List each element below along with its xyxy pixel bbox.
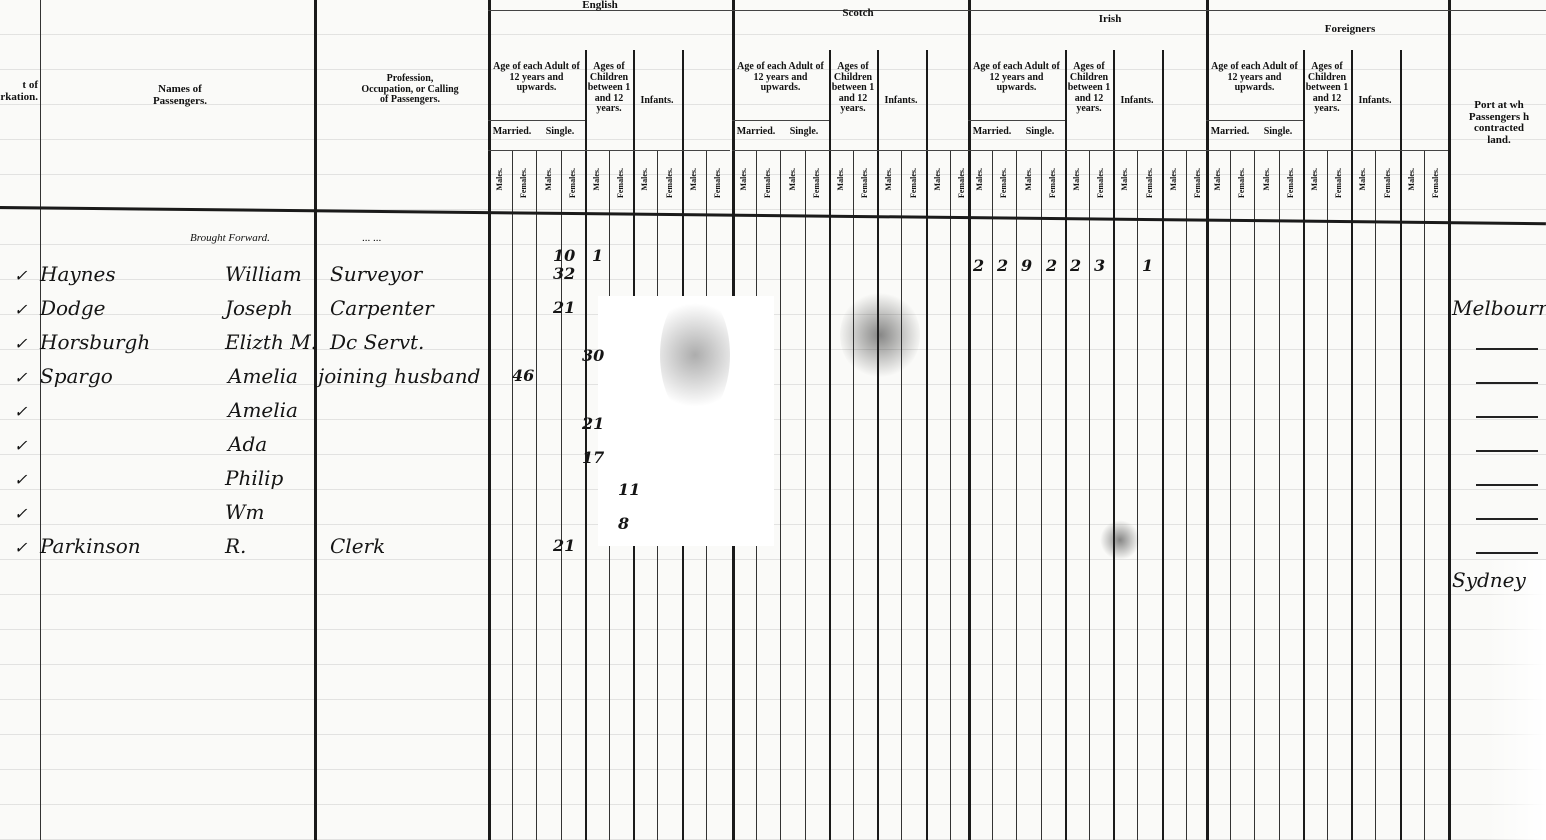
passenger-given-name: Joseph bbox=[225, 296, 293, 320]
passenger-profession: Carpenter bbox=[330, 296, 434, 320]
header-males: Males. bbox=[836, 168, 845, 190]
bf-english-single-female: 1 bbox=[592, 246, 603, 265]
header-females: Females. bbox=[1096, 168, 1105, 198]
header-rule bbox=[732, 150, 974, 151]
ink-stain bbox=[660, 290, 730, 420]
header-children-ages: Ages of Children between 1 and 12 years. bbox=[1304, 62, 1350, 115]
ink-stain bbox=[840, 290, 920, 380]
column-divider bbox=[314, 0, 317, 840]
bf-english-single-male: 10 bbox=[553, 246, 575, 265]
header-females: Females. bbox=[568, 168, 577, 198]
english-single-female-age: 30 bbox=[582, 346, 604, 365]
header-rule bbox=[968, 150, 1210, 151]
header-infants: Infants. bbox=[1114, 96, 1160, 107]
header-adult-ages: Age of each Adult of 12 years and upward… bbox=[734, 62, 827, 94]
check-mark: ✓ bbox=[14, 470, 27, 489]
ditto-mark bbox=[1476, 348, 1538, 350]
column-divider bbox=[1065, 50, 1067, 840]
header-single: Single. bbox=[537, 127, 583, 138]
column-divider bbox=[1089, 150, 1090, 840]
column-divider bbox=[950, 150, 951, 840]
header-males: Males. bbox=[544, 168, 553, 190]
header-males: Males. bbox=[689, 168, 698, 190]
column-divider bbox=[1162, 50, 1164, 840]
column-divider bbox=[1424, 150, 1425, 840]
column-divider bbox=[1327, 150, 1328, 840]
column-divider bbox=[1016, 150, 1017, 840]
header-females: Females. bbox=[665, 168, 674, 198]
english-single-female-age: 17 bbox=[582, 448, 604, 467]
header-males: Males. bbox=[1407, 168, 1416, 190]
passenger-profession: joining husband bbox=[318, 364, 480, 388]
column-divider bbox=[1375, 150, 1376, 840]
passenger-given-name: Wm bbox=[225, 500, 265, 524]
column-divider bbox=[1351, 50, 1353, 840]
english-single-male-age: 21 bbox=[553, 536, 575, 555]
header-females: Females. bbox=[999, 168, 1008, 198]
column-divider bbox=[901, 150, 902, 840]
header-females: Females. bbox=[519, 168, 528, 198]
check-mark: ✓ bbox=[14, 368, 27, 387]
header-married: Married. bbox=[733, 127, 779, 138]
passenger-given-name: Ada bbox=[228, 432, 267, 456]
header-infants: Infants. bbox=[878, 96, 924, 107]
header-females: Females. bbox=[763, 168, 772, 198]
check-mark: ✓ bbox=[14, 504, 27, 523]
passenger-surname: Parkinson bbox=[40, 534, 141, 558]
header-married: Married. bbox=[1207, 127, 1253, 138]
header-profession: Profession, Occupation, or Calling of Pa… bbox=[360, 74, 460, 106]
bf-irish-value: 2 bbox=[1070, 256, 1081, 275]
header-males: Males. bbox=[1358, 168, 1367, 190]
header-single: Single. bbox=[1255, 127, 1301, 138]
header-females: Females. bbox=[1048, 168, 1057, 198]
column-divider bbox=[1186, 150, 1187, 840]
ditto-mark bbox=[1476, 416, 1538, 418]
header-females: Females. bbox=[713, 168, 722, 198]
header-males: Males. bbox=[884, 168, 893, 190]
passenger-given-name: Amelia bbox=[228, 364, 298, 388]
header-males: Males. bbox=[1169, 168, 1178, 190]
check-mark: ✓ bbox=[14, 334, 27, 353]
column-divider bbox=[968, 0, 971, 840]
passenger-profession: Surveyor bbox=[330, 262, 422, 286]
bf-irish-value: 9 bbox=[1021, 256, 1032, 275]
column-divider bbox=[805, 150, 806, 840]
bf-irish-value: 2 bbox=[1046, 256, 1057, 275]
header-males: Males. bbox=[1120, 168, 1129, 190]
passenger-given-name: Philip bbox=[225, 466, 283, 490]
header-females: Females. bbox=[1237, 168, 1246, 198]
header-single: Single. bbox=[1017, 127, 1063, 138]
column-divider bbox=[992, 150, 993, 840]
passenger-given-name: William bbox=[225, 262, 302, 286]
header-males: Males. bbox=[495, 168, 504, 190]
header-children-ages: Ages of Children between 1 and 12 years. bbox=[586, 62, 632, 115]
ditto-mark bbox=[1476, 484, 1538, 486]
header-infants: Infants. bbox=[1352, 96, 1398, 107]
column-divider bbox=[877, 50, 879, 840]
header-rule bbox=[0, 206, 1546, 225]
check-mark: ✓ bbox=[14, 538, 27, 557]
header-males: Males. bbox=[975, 168, 984, 190]
header-males: Males. bbox=[1310, 168, 1319, 190]
check-mark: ✓ bbox=[14, 402, 27, 421]
header-males: Males. bbox=[933, 168, 942, 190]
header-adult-ages: Age of each Adult of 12 years and upward… bbox=[970, 62, 1063, 94]
header-adult-ages: Age of each Adult of 12 years and upward… bbox=[490, 62, 583, 94]
header-single: Single. bbox=[781, 127, 827, 138]
ditto-mark bbox=[1476, 518, 1538, 520]
header-males: Males. bbox=[1262, 168, 1271, 190]
header-married: Married. bbox=[489, 127, 535, 138]
ink-stain bbox=[1100, 520, 1140, 560]
passenger-given-name: Amelia bbox=[228, 398, 298, 422]
column-divider bbox=[1137, 150, 1138, 840]
header-males: Males. bbox=[640, 168, 649, 190]
header-married: Married. bbox=[969, 127, 1015, 138]
bf-irish-value: 2 bbox=[973, 256, 984, 275]
header-females: Females. bbox=[1145, 168, 1154, 198]
passenger-given-name: Elizth M. bbox=[225, 330, 317, 354]
header-foreigners: Foreigners bbox=[1300, 24, 1400, 36]
header-males: Males. bbox=[592, 168, 601, 190]
column-divider bbox=[926, 50, 928, 840]
header-children-ages: Ages of Children between 1 and 12 years. bbox=[1066, 62, 1112, 115]
header-females: Females. bbox=[812, 168, 821, 198]
header-infants: Infants. bbox=[634, 96, 680, 107]
header-females: Females. bbox=[1431, 168, 1440, 198]
header-rule bbox=[732, 120, 829, 121]
header-females: Females. bbox=[860, 168, 869, 198]
column-divider bbox=[488, 0, 491, 840]
page-edge bbox=[1486, 560, 1546, 840]
column-divider bbox=[829, 50, 831, 840]
header-port-of-embarkation: t of rkation. bbox=[0, 80, 38, 103]
english-single-female-age: 21 bbox=[582, 414, 604, 433]
column-divider bbox=[536, 150, 537, 840]
header-children-ages: Ages of Children between 1 and 12 years. bbox=[830, 62, 876, 115]
english-single-male-age: 32 bbox=[553, 264, 575, 283]
english-married-female-age: 46 bbox=[512, 366, 534, 385]
bf-irish-value: 3 bbox=[1094, 256, 1105, 275]
english-single-male-age: 21 bbox=[553, 298, 575, 317]
header-males: Males. bbox=[739, 168, 748, 190]
header-females: Females. bbox=[1383, 168, 1392, 198]
header-females: Females. bbox=[1193, 168, 1202, 198]
column-divider bbox=[512, 150, 513, 840]
check-mark: ✓ bbox=[14, 266, 27, 285]
passenger-profession: Clerk bbox=[330, 534, 385, 558]
top-rule bbox=[488, 10, 1546, 11]
header-port-contracted: Port at wh Passengers h contracted land. bbox=[1452, 100, 1546, 146]
column-divider bbox=[40, 0, 41, 840]
column-divider bbox=[1113, 50, 1115, 840]
port-contracted: Melbourne bbox=[1452, 296, 1546, 320]
passenger-surname: Haynes bbox=[40, 262, 116, 286]
header-rule bbox=[1206, 150, 1448, 151]
column-divider bbox=[1206, 0, 1209, 840]
header-rule bbox=[488, 150, 730, 151]
header-females: Females. bbox=[616, 168, 625, 198]
column-divider bbox=[1254, 150, 1255, 840]
column-divider bbox=[585, 50, 587, 840]
column-divider bbox=[1400, 50, 1402, 840]
column-divider bbox=[1279, 150, 1280, 840]
bf-irish-value: 1 bbox=[1142, 256, 1153, 275]
header-females: Females. bbox=[1286, 168, 1295, 198]
header-males: Males. bbox=[1213, 168, 1222, 190]
column-divider bbox=[1448, 0, 1451, 840]
header-rule bbox=[968, 120, 1065, 121]
column-divider bbox=[1230, 150, 1231, 840]
header-scotch: Scotch bbox=[818, 8, 898, 20]
check-mark: ✓ bbox=[14, 436, 27, 455]
header-males: Males. bbox=[1072, 168, 1081, 190]
header-rule bbox=[488, 120, 585, 121]
passenger-surname: Dodge bbox=[40, 296, 106, 320]
passenger-surname: Spargo bbox=[40, 364, 113, 388]
column-divider bbox=[853, 150, 854, 840]
header-females: Females. bbox=[957, 168, 966, 198]
bf-irish-value: 2 bbox=[997, 256, 1008, 275]
english-child-age: 11 bbox=[618, 480, 640, 499]
column-divider bbox=[1303, 50, 1305, 840]
column-divider bbox=[780, 150, 781, 840]
header-males: Males. bbox=[1024, 168, 1033, 190]
passenger-surname: Horsburgh bbox=[40, 330, 150, 354]
passenger-list-page: t of rkation. Names of Passengers. Profe… bbox=[0, 0, 1546, 840]
ditto-mark bbox=[1476, 552, 1538, 554]
ditto-mark bbox=[1476, 382, 1538, 384]
header-rule bbox=[1206, 120, 1303, 121]
header-english: English bbox=[560, 0, 640, 12]
header-females: Females. bbox=[1334, 168, 1343, 198]
header-females: Females. bbox=[909, 168, 918, 198]
header-irish: Irish bbox=[1070, 14, 1150, 26]
english-child-age: 8 bbox=[618, 514, 629, 533]
check-mark: ✓ bbox=[14, 300, 27, 319]
passenger-profession: Dc Servt. bbox=[330, 330, 424, 354]
header-names: Names of Passengers. bbox=[140, 84, 220, 107]
column-divider bbox=[1041, 150, 1042, 840]
header-males: Males. bbox=[788, 168, 797, 190]
header-adult-ages: Age of each Adult of 12 years and upward… bbox=[1208, 62, 1301, 94]
ditto-mark bbox=[1476, 450, 1538, 452]
port-contracted: Sydney bbox=[1452, 568, 1526, 592]
passenger-given-name: R. bbox=[225, 534, 246, 558]
brought-forward-label: Brought Forward. bbox=[190, 232, 270, 244]
brought-forward-dots: ... ... bbox=[362, 232, 381, 244]
